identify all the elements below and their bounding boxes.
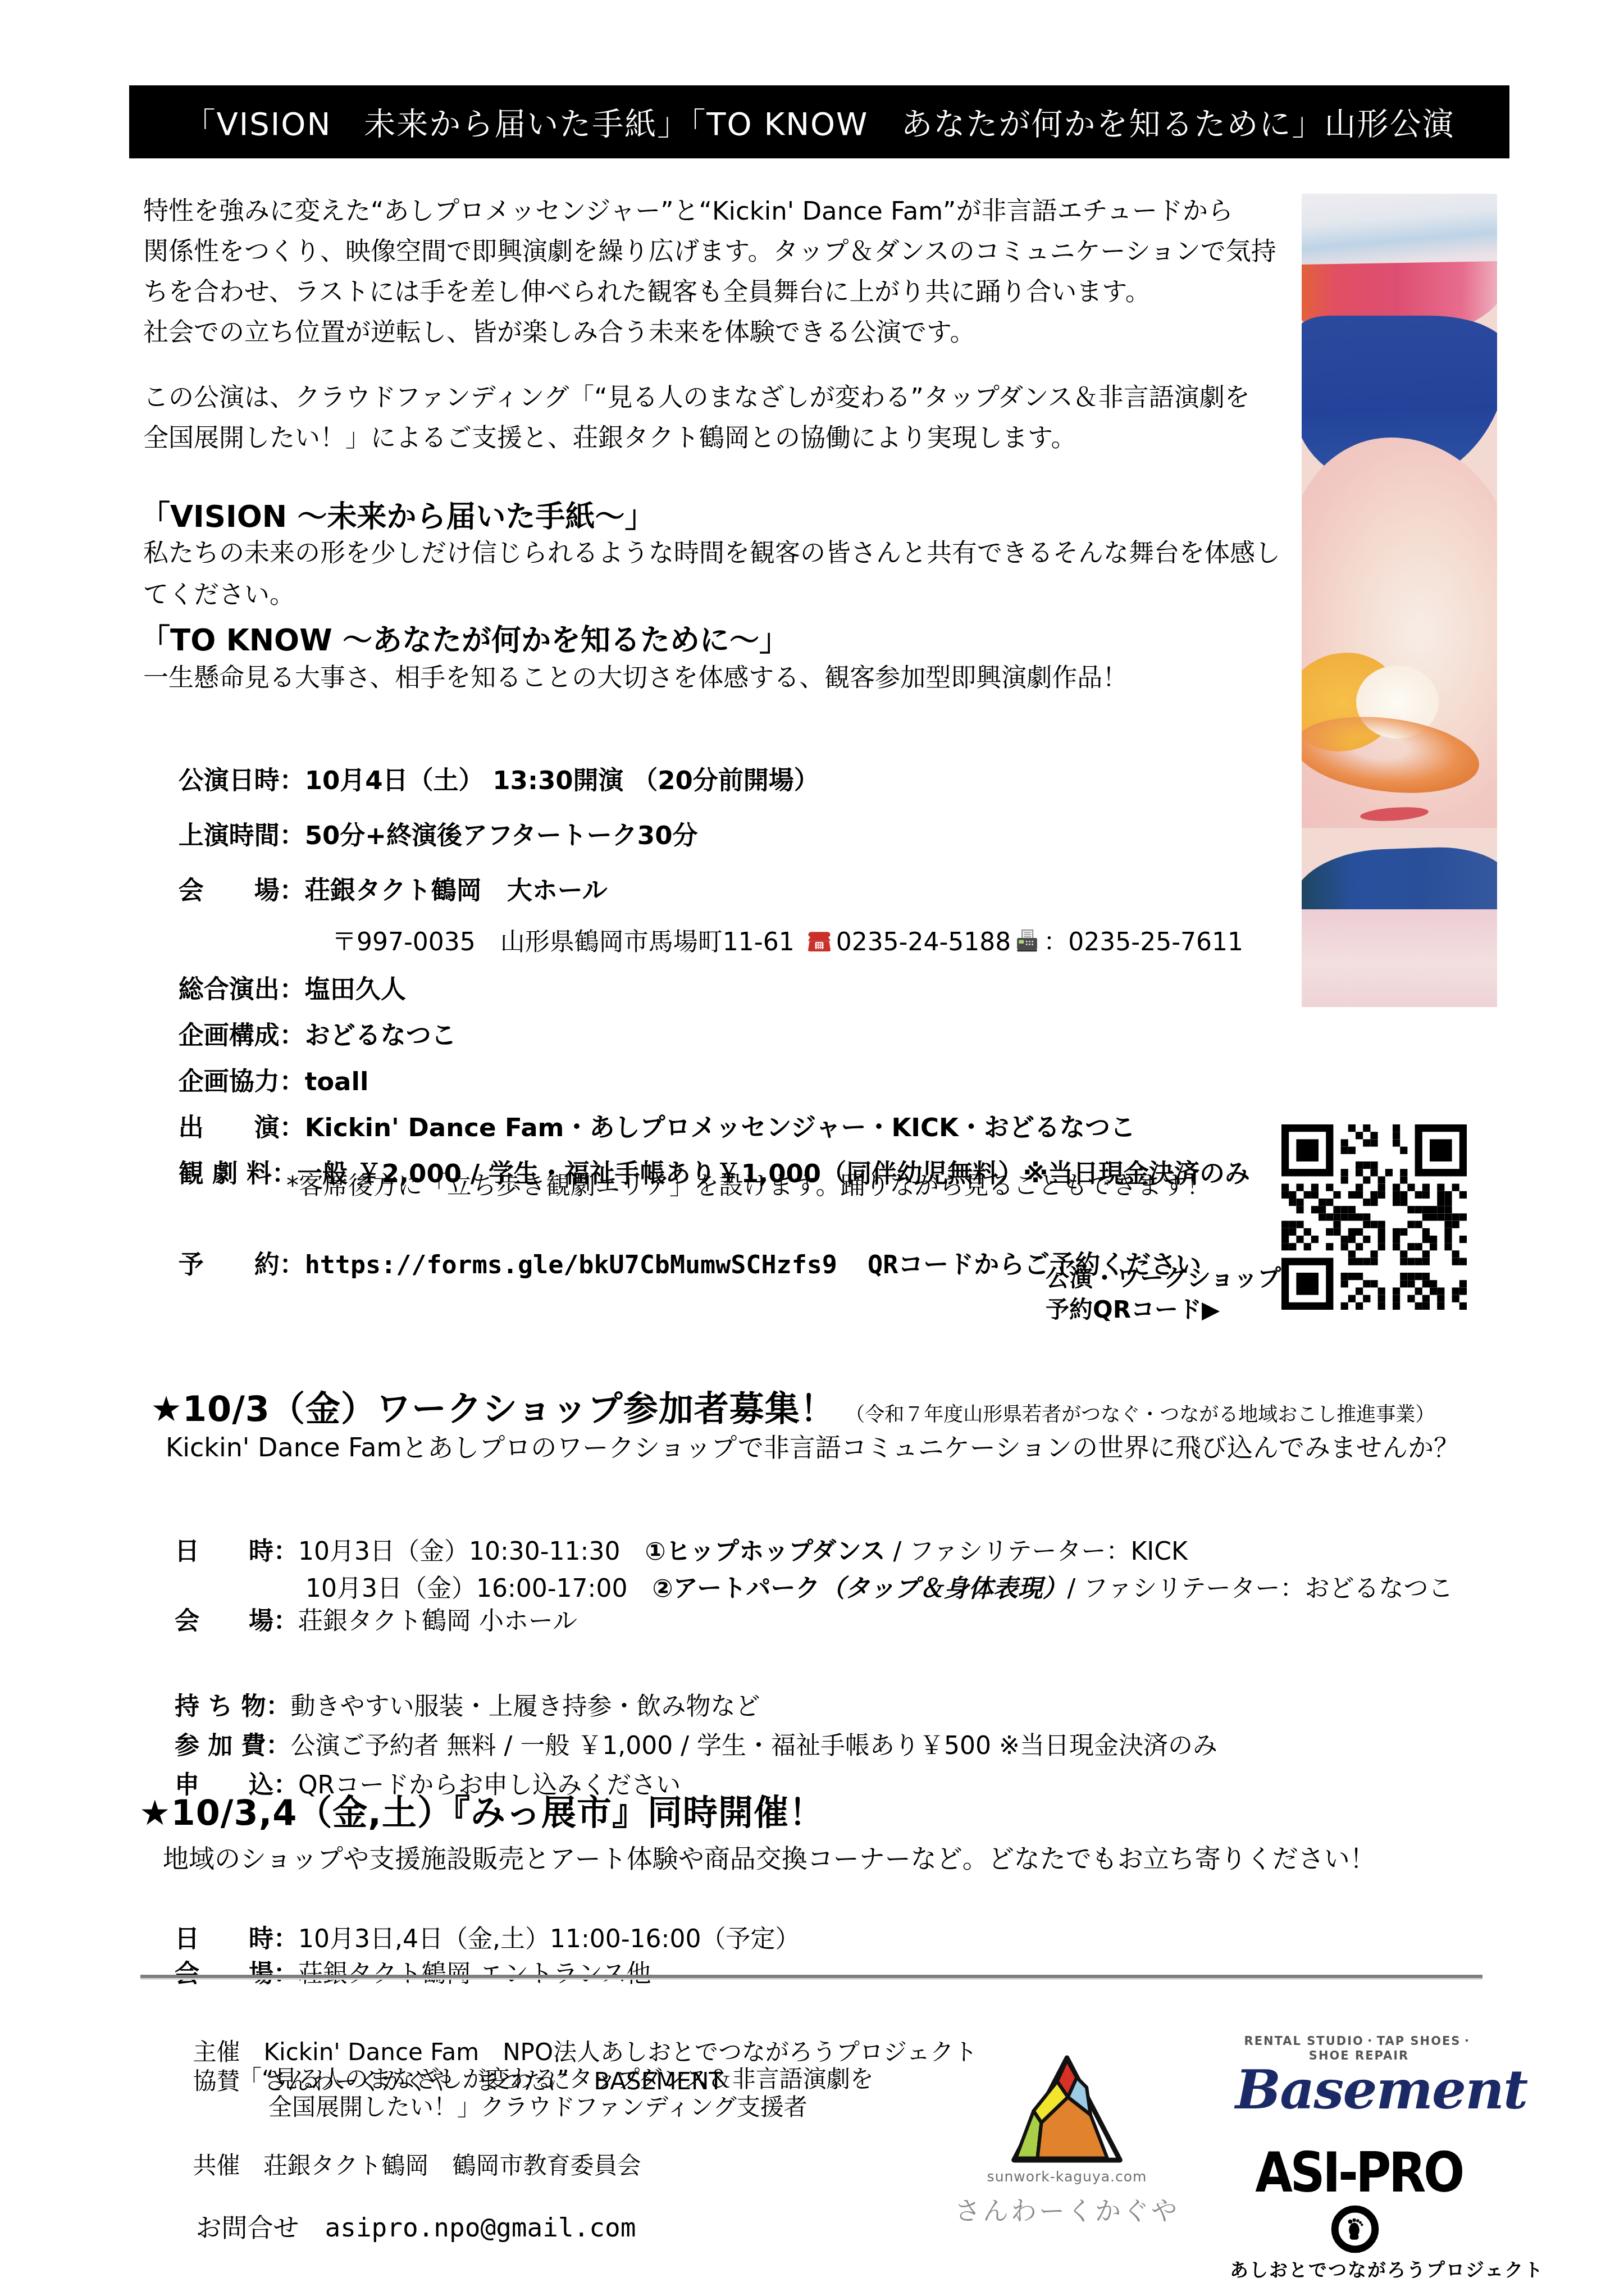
footer-label: 共催 <box>193 2152 263 2179</box>
flyer-page: 「VISION 未来から届いた手紙」「TO KNOW あなたが何かを知るために」… <box>0 0 1624 2296</box>
workshop-venue-row: 会 場：荘銀タクト鶴岡 小ホール <box>143 1573 577 1670</box>
asipro-name: ASI-PRO <box>1256 2141 1463 2205</box>
detail-row-reservation: 予 約：https://forms.gle/bkU7CbMumwSCHzfs9 … <box>143 1214 1201 1315</box>
intro-paragraph-2: この公演は、クラウドファンディング「“見る人のまなざしが変わる”タップダンス＆非… <box>143 377 1250 458</box>
sunwork-url: sunwork-kaguya.com <box>943 2169 1190 2185</box>
market-label: 会 場： <box>175 1960 298 1988</box>
intro-paragraph-1: 特性を強みに変えた“あしプロメッセンジャー”と“Kickin' Dance Fa… <box>143 191 1276 353</box>
contact-email[interactable]: asipro.npo@gmail.com <box>325 2212 636 2243</box>
sunwork-triangle-icon <box>1008 2157 1126 2167</box>
footer-crowdfunding-line-2: 全国展開したい！」クラウドファンディング支援者 <box>268 2093 808 2122</box>
toknow-description: 一生懸命見る大事さ、相手を知ることの大切さを体感する、観客参加型即興演劇作品！ <box>143 657 1128 699</box>
title-bar: 「VISION 未来から届いた手紙」「TO KNOW あなたが何かを知るために」… <box>129 85 1509 158</box>
basement-logo: RENTAL STUDIO・TAP SHOES・SHOE REPAIR Base… <box>1235 2032 1482 2121</box>
vision-description: 私たちの未来の形を少しだけ信じられるような時間を観客の皆さんと共有できるそんな舞… <box>143 532 1280 616</box>
schedule-facilitator: / ファシリテーター：おどるなつこ <box>1067 1574 1453 1603</box>
market-lead: 地域のショップや支援施設販売とアート体験や商品交換コーナーなど。どなたでもお立ち… <box>163 1842 1376 1875</box>
contact-label: お問合せ <box>196 2212 325 2243</box>
qr-caption: 公演・ワークショップ 予約QRコード▶ <box>1046 1263 1281 1325</box>
market-value: 荘銀タクト鶴岡 エントランス他 <box>298 1960 651 1988</box>
page-title: 「VISION 未来から届いた手紙」「TO KNOW あなたが何かを知るために」… <box>184 99 1454 144</box>
footer-divider <box>140 1975 1482 1980</box>
workshop-label: 会 場： <box>175 1607 298 1636</box>
workshop-subsidy-note: （令和７年度山形県若者がつなぐ・つながる地域おこし推進事業） <box>836 1404 1435 1426</box>
schedule-program: ②アートパーク <box>652 1574 820 1603</box>
artwork-bottom-band <box>1302 909 1497 1007</box>
asipro-footprint-icon <box>1331 2205 1379 2256</box>
basement-name: Basement <box>1235 2058 1482 2121</box>
fax-icon <box>1014 928 1040 963</box>
venue-address-row: 〒997-0035 山形県鶴岡市馬場町11-61 0235-24-5188：02… <box>300 892 1243 996</box>
asipro-logo: ASI-PRO あしおとでつながろうプロジェクト <box>1230 2141 1488 2282</box>
sunwork-kaguya-logo: sunwork-kaguya.com さんわーくかぐや <box>943 2053 1190 2227</box>
detail-label: 予 約： <box>179 1250 305 1279</box>
workshop-lead: Kickin' Dance Famとあしプロのワークショップで非言語コミュニケー… <box>166 1431 1459 1464</box>
schedule-program-paren: （タップ＆身体表現） <box>820 1574 1067 1603</box>
workshop-title: ★10/3（金）ワークショップ参加者募集！ <box>150 1388 835 1429</box>
footer-crowdfunding-line-1: 「“見る人のまなざしが変わる”タップダンス＆非言語演劇を <box>238 2065 874 2094</box>
qr-code <box>1281 1124 1467 1310</box>
sunwork-name: さんわーくかぐや <box>943 2190 1190 2227</box>
workshop-value: 荘銀タクト鶴岡 小ホール <box>298 1607 577 1636</box>
toknow-heading: 「TO KNOW ～あなたが何かを知るために～」 <box>140 617 789 659</box>
abstract-artwork <box>1302 194 1497 1007</box>
seating-note: *客席後方に「立ち歩き観劇エリア」を設けます。踊りながら見ることもできます！ <box>286 1169 1211 1203</box>
fax-number: ：0235-25-7611 <box>1043 928 1243 956</box>
market-title: ★10/3,4（金,土）『みっ展市』同時開催！ <box>139 1785 824 1835</box>
asipro-subtitle: あしおとでつながろうプロジェクト <box>1230 2256 1488 2282</box>
detail-label: 会 場： <box>179 876 305 905</box>
phone-number: 0235-24-5188 <box>836 928 1011 956</box>
vision-heading: 「VISION ～未来から届いた手紙～」 <box>140 493 655 536</box>
footer-contact-row: お問合せ asipro.npo@gmail.com <box>163 2177 636 2275</box>
footer-value: 荘銀タクト鶴岡 鶴岡市教育委員会 <box>263 2152 641 2179</box>
phone-icon <box>806 927 833 963</box>
detail-label: 観 劇 料： <box>179 1159 297 1188</box>
